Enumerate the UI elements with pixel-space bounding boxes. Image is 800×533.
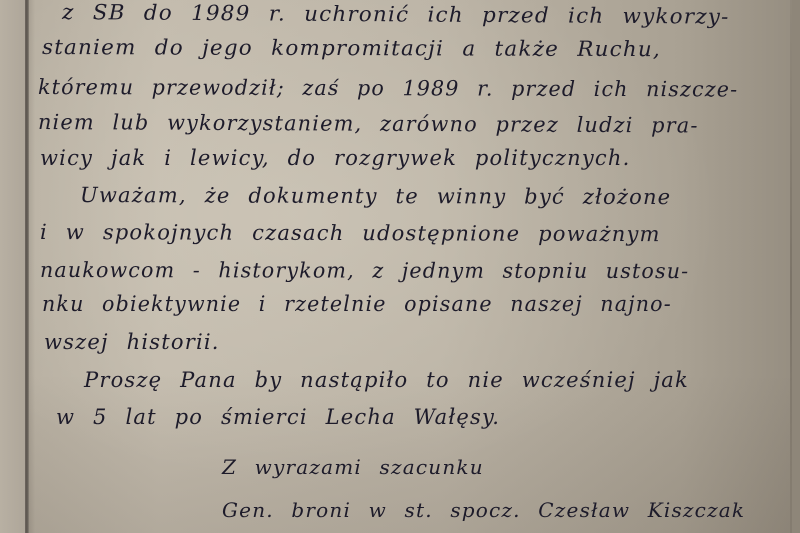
letter-line-1: z SB do 1989 r. uchronić ich przed ich w… bbox=[62, 0, 730, 29]
letter-line-5: wicy jak i lewicy, do rozgrywek politycz… bbox=[40, 146, 631, 170]
letter-line-2: staniem do jego kompromitacji a także Ru… bbox=[42, 35, 661, 61]
letter-line-10: wszej historii. bbox=[44, 330, 220, 354]
letter-photo: z SB do 1989 r. uchronić ich przed ich w… bbox=[0, 0, 800, 533]
letter-line-3: któremu przewodził; zaś po 1989 r. przed… bbox=[38, 75, 738, 101]
signature: Gen. broni w st. spocz. Czesław Kiszczak bbox=[222, 498, 745, 522]
letter-line-8: naukowcom - historykom, z jednym stopniu… bbox=[40, 258, 689, 283]
letter-line-12: w 5 lat po śmierci Lecha Wałęsy. bbox=[56, 405, 500, 429]
letter-line-9: nku obiektywnie i rzetelnie opisane nasz… bbox=[42, 292, 672, 316]
letter-line-11: Proszę Pana by nastąpiło to nie wcześnie… bbox=[84, 368, 689, 392]
letter-line-4: niem lub wykorzystaniem, zarówno przez l… bbox=[38, 110, 699, 137]
letter-line-6: Uważam, że dokumenty te winny być złożon… bbox=[80, 183, 671, 209]
previous-page-edge bbox=[0, 0, 26, 533]
letter-line-7: i w spokojnych czasach udostępnione powa… bbox=[40, 220, 661, 246]
closing-salutation: Z wyrazami szacunku bbox=[222, 455, 484, 479]
right-background bbox=[792, 0, 800, 533]
